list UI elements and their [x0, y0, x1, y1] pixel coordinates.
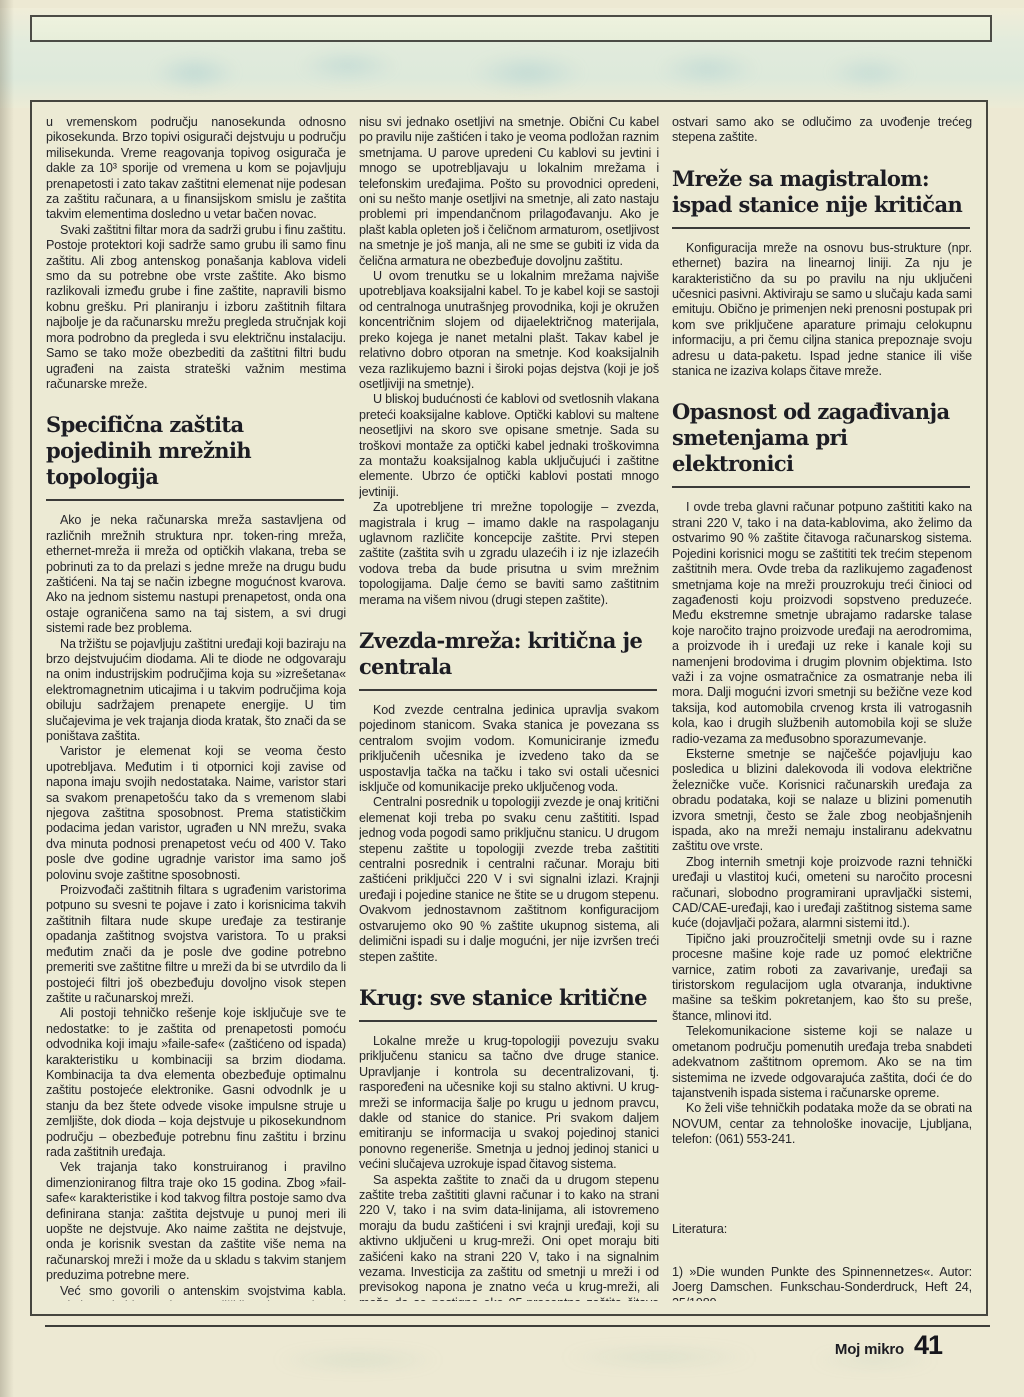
section-heading: Zvezda-mreža: kritična je centrala	[359, 628, 659, 680]
paragraph: Telekomunikacione sisteme koji se nalaze…	[672, 1024, 972, 1101]
paragraph: u vremenskom području nanosekunda odnosn…	[46, 115, 346, 223]
paragraph: Vek trajanja tako konstruiranog i pravil…	[46, 1160, 346, 1283]
page-showthrough-bottom	[100, 1330, 960, 1390]
article-columns: u vremenskom području nanosekunda odnosn…	[32, 102, 986, 1314]
paragraph: Tipično jaki prouzročitelji smetnji ovde…	[672, 932, 972, 1024]
page-showthrough-text	[60, 34, 960, 104]
paragraph: Na tržištu se pojavljuju zaštitni uređaj…	[46, 637, 346, 745]
paragraph: Svaki zaštitni filtar mora da sadrži gru…	[46, 223, 346, 392]
paragraph: Ko želi više tehničkih podataka može da …	[672, 1101, 972, 1147]
heading-rule	[359, 689, 657, 691]
section-heading: Krug: sve stanice kritične	[359, 985, 659, 1011]
paragraph: Već smo govorili o antenskim svojstvima …	[46, 1284, 346, 1301]
paragraph: U bliskoj budućnosti će kablovi od svetl…	[359, 392, 659, 500]
paragraph: Lokalne mreže u krug-topologiji povezuju…	[359, 1034, 659, 1173]
paragraph: Konfiguracija mreže na osnovu bus-strukt…	[672, 241, 972, 380]
footer-rule	[45, 1325, 990, 1327]
section-heading: Opasnost od zagađivanja smetenjama pri e…	[672, 399, 972, 477]
paragraph: Kod zvezde centralna jedinica upravlja s…	[359, 703, 659, 795]
paragraph: 1) »Die wunden Punkte des Spinnennetzes«…	[672, 1265, 972, 1301]
page-footer: Moj mikro 41	[835, 1330, 942, 1361]
paragraph: Proizvođači zaštitnih filtara s ugrađeni…	[46, 883, 346, 1006]
paragraph: Centralni posrednik u topologiji zvezde …	[359, 795, 659, 964]
paragraph: Sa aspekta zaštite to znači da u drugom …	[359, 1173, 659, 1301]
spacer	[672, 1237, 972, 1265]
paragraph: Ako je neka računarska mreža sastavljena…	[46, 513, 346, 636]
article-column-1: u vremenskom području nanosekunda odnosn…	[46, 115, 346, 1301]
magazine-name: Moj mikro	[835, 1341, 904, 1358]
heading-rule	[359, 1020, 657, 1022]
paragraph: Literatura:	[672, 1222, 972, 1237]
heading-rule	[672, 227, 970, 229]
paragraph: I ovde treba glavni računar potpuno zašt…	[672, 500, 972, 747]
paragraph: Ali postoji tehničko rešenje koje isklju…	[46, 1006, 346, 1160]
article-frame: u vremenskom području nanosekunda odnosn…	[30, 100, 988, 1316]
heading-rule	[672, 486, 970, 488]
paragraph: Varistor je elemenat koji se veoma često…	[46, 744, 346, 883]
section-heading: Specifična zaštita pojedinih mrežnih top…	[46, 412, 346, 490]
paragraph: ostvari samo ako se odlučimo za uvođenje…	[672, 115, 972, 146]
paragraph: Zbog internih smetnji koje proizvode raz…	[672, 855, 972, 932]
article-column-2: nisu svi jednako osetljivi na smetnje. O…	[359, 115, 659, 1301]
page-number: 41	[914, 1330, 942, 1361]
magazine-page: { "footer": { "magazine": "Moj mikro", "…	[0, 0, 1024, 1397]
paragraph: U ovom trenutku se u lokalnim mrežama na…	[359, 269, 659, 392]
spacer	[672, 1148, 972, 1222]
section-heading: Mreže sa magistralom: ispad stanice nije…	[672, 166, 972, 218]
scan-gutter-shadow	[0, 0, 14, 1397]
paragraph: Za upotrebljene tri mrežne topologije – …	[359, 500, 659, 608]
top-banner-box	[30, 15, 992, 42]
heading-rule	[46, 499, 344, 501]
article-column-3: ostvari samo ako se odlučimo za uvođenje…	[672, 115, 972, 1301]
paragraph: nisu svi jednako osetljivi na smetnje. O…	[359, 115, 659, 269]
paragraph: Eksterne smetnje se najčešće pojavljuju …	[672, 747, 972, 855]
